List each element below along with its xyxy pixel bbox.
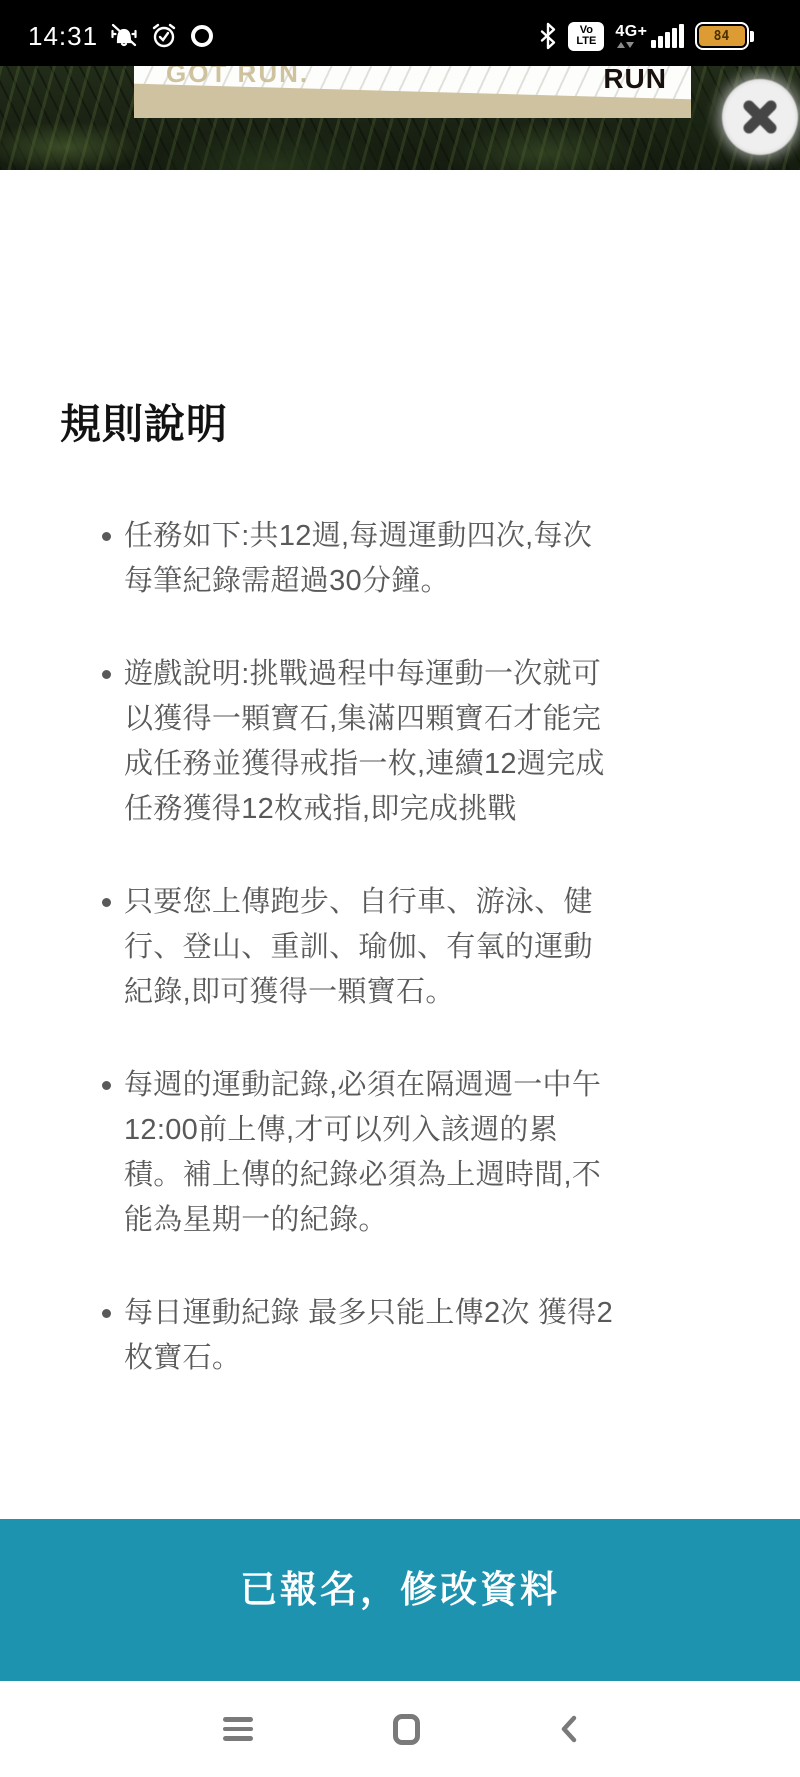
rule-item: 只要您上傳跑步、自行車、游泳、健行、登山、重訓、瑜伽、有氧的運動紀錄,即可獲得一… — [100, 880, 616, 1015]
battery-percent: 84 — [699, 26, 745, 46]
registered-modify-cta-button[interactable]: 已報名，修改資料 — [0, 1519, 800, 1681]
cta-label: 已報名，修改資料 — [240, 1559, 560, 1613]
menu-icon — [223, 1717, 253, 1741]
rule-item: 遊戲說明:挑戰過程中每運動一次就可以獲得一顆寶石,集滿四顆寶石才能完成任務並獲得… — [100, 652, 616, 832]
battery-icon: 84 — [695, 22, 755, 50]
close-icon — [738, 95, 782, 139]
back-button[interactable] — [560, 1715, 578, 1743]
close-button[interactable] — [722, 79, 798, 155]
status-bar-left: 14:31 — [28, 21, 215, 52]
volte-badge-icon: Vo LTE — [568, 22, 604, 51]
volte-badge-bottom: LTE — [576, 36, 596, 47]
home-button[interactable] — [393, 1714, 420, 1745]
alarm-icon — [150, 22, 178, 50]
data-activity-arrows-icon — [617, 42, 634, 48]
android-nav-bar — [0, 1681, 800, 1777]
bluetooth-icon — [539, 22, 557, 50]
data-saver-circle-icon — [189, 23, 215, 49]
signal-group: 4G+ — [615, 24, 683, 48]
notifications-muted-icon — [109, 22, 139, 50]
recents-menu-button[interactable] — [223, 1717, 253, 1741]
banner-strip: GOT RUN. RUN — [134, 66, 691, 118]
rule-item: 每週的運動記錄,必須在隔週週一中午12:00前上傳,才可以列入該週的累積。補上傳… — [100, 1063, 616, 1243]
rule-item: 每日運動紀錄 最多只能上傳2次 獲得2枚寶石。 — [100, 1291, 616, 1381]
phone-screen: 14:31 — [0, 0, 800, 1777]
status-bar-right: Vo LTE 4G+ 84 — [539, 22, 754, 51]
rules-list: 任務如下:共12週,每週運動四次,每次每筆紀錄需超過30分鐘。 遊戲說明:挑戰過… — [100, 514, 616, 1381]
status-time: 14:31 — [28, 21, 98, 52]
back-chevron-icon — [560, 1715, 578, 1743]
banner-run-text: RUN — [603, 66, 667, 95]
rule-item: 任務如下:共12週,每週運動四次,每次每筆紀錄需超過30分鐘。 — [100, 514, 616, 604]
event-banner-image: GOT RUN. RUN — [0, 66, 800, 170]
home-icon — [393, 1714, 420, 1745]
page-content: 規則說明 任務如下:共12週,每週運動四次,每次每筆紀錄需超過30分鐘。 遊戲說… — [0, 170, 800, 1641]
network-type-label: 4G+ — [615, 24, 647, 40]
rules-section-title: 規則說明 — [60, 400, 800, 448]
signal-strength-icon — [651, 24, 684, 48]
network-type: 4G+ — [615, 24, 647, 48]
banner-faint-text: GOT RUN. — [166, 66, 309, 89]
status-bar: 14:31 — [0, 0, 800, 66]
